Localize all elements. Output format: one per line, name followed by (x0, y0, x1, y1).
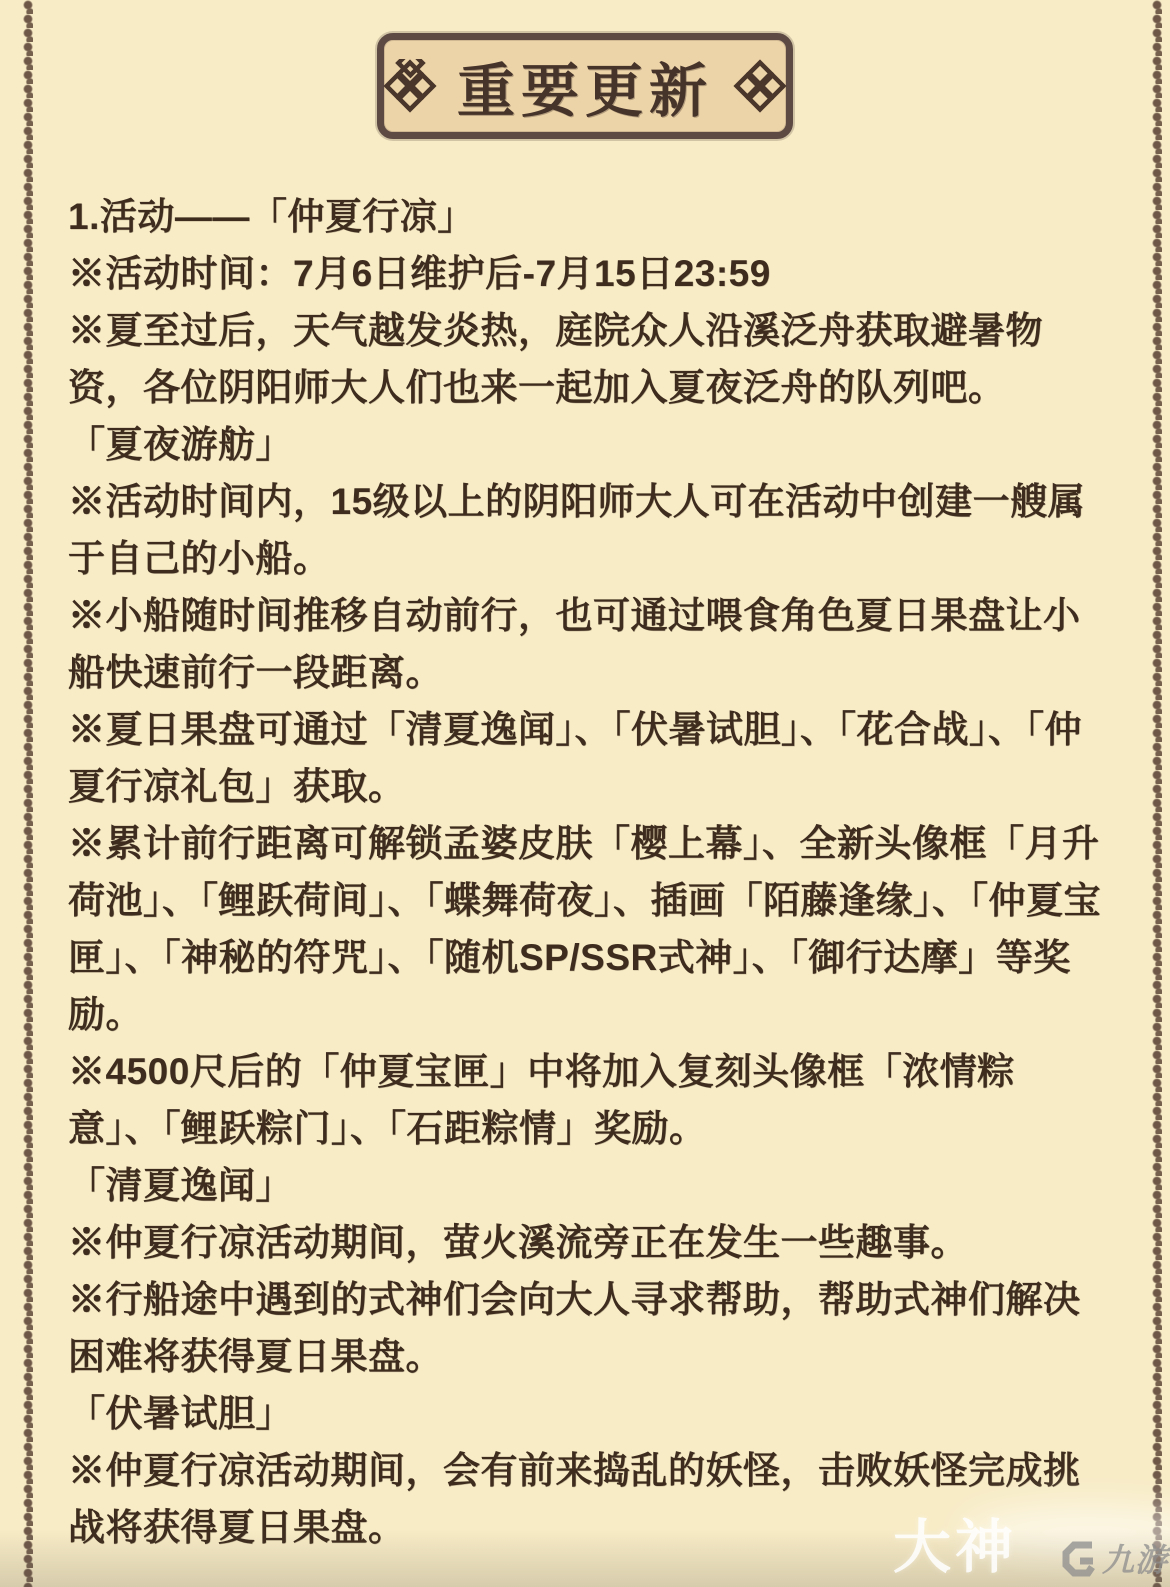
paragraph-text: 「清夏逸闻」 (68, 1157, 1104, 1214)
stitched-border-left (23, 0, 33, 1587)
page-title: 重要更新 (457, 44, 713, 128)
jiuyou-logo-icon (1058, 1537, 1098, 1579)
paragraph-text: 「伏暑试胆」 (68, 1385, 1104, 1442)
diamond-cluster-icon (733, 59, 787, 113)
paragraph-text: 1.活动——「仲夏行凉」 (68, 188, 1104, 245)
title-plaque: 重要更新 (377, 33, 793, 139)
paragraph-text: ※小船随时间推移自动前行，也可通过喂食角色夏日果盘让小船快速前行一段距离。 (68, 587, 1104, 701)
jiuyou-watermark: 九游 (1058, 1535, 1168, 1581)
paragraph-text: ※累计前行距离可解锁孟婆皮肤「樱上幕」、全新头像框「月升荷池」、「鲤跃荷间」、「… (68, 815, 1104, 1043)
paragraph-text: ※仲夏行凉活动期间，萤火溪流旁正在发生一些趣事。 (68, 1214, 1104, 1271)
paragraph-text: ※行船途中遇到的式神们会向大人寻求帮助，帮助式神们解决困难将获得夏日果盘。 (68, 1271, 1104, 1385)
jiuyou-watermark-text: 九游 (1102, 1535, 1168, 1581)
diamond-cluster-icon (383, 59, 437, 113)
paragraph-text: ※夏日果盘可通过「清夏逸闻」、「伏暑试胆」、「花合战」、「仲夏行凉礼包」获取。 (68, 701, 1104, 815)
paragraph-text: 「夏夜游舫」 (68, 416, 1104, 473)
announcement-body: 1.活动——「仲夏行凉」※活动时间：7月6日维护后-7月15日23:59※夏至过… (68, 188, 1104, 1556)
paragraph-text: ※夏至过后，天气越发炎热，庭院众人沿溪泛舟获取避暑物资，各位阴阳师大人们也来一起… (68, 302, 1104, 416)
paragraph-text: ※活动时间：7月6日维护后-7月15日23:59 (68, 245, 1104, 302)
stitched-border-right (1152, 0, 1162, 1587)
paragraph-text: ※活动时间内，15级以上的阴阳师大人可在活动中创建一艘属于自己的小船。 (68, 473, 1104, 587)
paragraph-text: ※4500尺后的「仲夏宝匣」中将加入复刻头像框「浓情粽意」、「鲤跃粽门」、「石距… (68, 1043, 1104, 1157)
dashen-watermark: 大神 (893, 1500, 1017, 1584)
